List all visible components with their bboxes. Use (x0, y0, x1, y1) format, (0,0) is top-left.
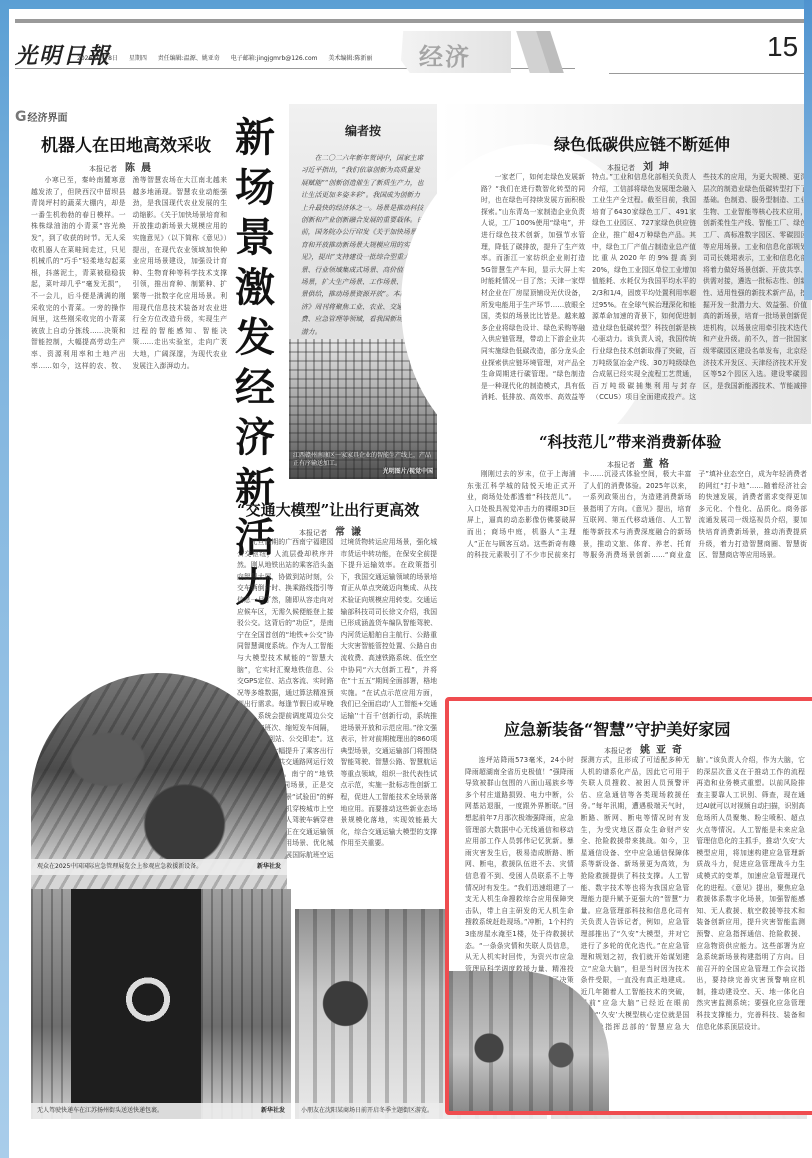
issue-email: 电子邮箱:jingjgmrb@126.com (231, 55, 318, 62)
issue-date: 2026年1月8日 (77, 55, 118, 62)
headline-traffic: “交通大模型”让出行更高效 (237, 499, 419, 520)
article-tech-body: 刚刚过去的岁末，位于上海浦东张江科学城的陆悦天地正式开业，商场处处都透着“科技范… (467, 469, 807, 691)
byline-emergency: 本报记者姚亚奇 (604, 741, 688, 756)
headline-tech: “科技范儿”带来消费新体验 (539, 431, 721, 452)
editor-note-title: 编者按 (289, 122, 437, 139)
article-robot-body: 小寒已至，秦岭南麓寒意越发浓了，但陕西汉中留坝县青岗坪村的蔬菜大棚内，却是一番生… (31, 175, 227, 665)
issue-weekday: 星期四 (129, 55, 147, 62)
issue-art-editor: 美术编辑:陈新丽 (328, 55, 372, 62)
column-label: G经济界面 (15, 109, 68, 125)
top-rule (15, 19, 807, 23)
byline-green: 本报记者刘坤 (607, 158, 675, 173)
bus-photo-caption: 无人驾驶快递车在江苏扬州街头送送快递包裹。 新华社发 (31, 1103, 291, 1119)
page-number: 15 (767, 31, 798, 63)
section-name: 经济 (419, 37, 471, 72)
issue-meta: 2026年1月8日 星期四 责任编辑:温源、姚亚奇 电子邮箱:jingjgmrb… (77, 53, 381, 62)
drone-photo-caption: 观众在2025中国国际应急管理展览会上参观应急救援新设备。 新华社发 (31, 859, 287, 875)
headline-robot: 机器人在田地高效采收 (41, 131, 211, 156)
byline-tech: 本报记者董格 (607, 455, 675, 470)
delivery-vehicle-photo: 无人驾驶快递车在江苏扬州街头送送快递包裹。 新华社发 (31, 889, 291, 1119)
byline-robot: 本报记者陈晨 (89, 159, 157, 174)
window-edge-scrollbar[interactable] (804, 0, 812, 300)
newspaper-page: 光明日報 2026年1月8日 星期四 责任编辑:温源、姚亚奇 电子邮箱:jing… (9, 9, 812, 1158)
column-logo-icon: G (15, 109, 27, 125)
article-green-body: 一家老厂，如何走绿色发展新路？“我们在进行数智化转型的同时，也在绿色可持续发展方… (481, 172, 807, 412)
factory-photo-caption: 江西赣州南康区一家家具企业的智能生产线上，产品正有序输送加工。 光明图片/视觉中… (293, 452, 433, 476)
headline-green: 绿色低碳供应链不断延伸 (554, 132, 730, 155)
issue-editors: 责任编辑:温源、姚亚奇 (158, 55, 220, 62)
headline-emergency: 应急新装备“智慧”守护美好家园 (504, 717, 730, 740)
section-tab: 经济 (401, 31, 761, 73)
byline-traffic: 本报记者常谦 (299, 523, 367, 538)
